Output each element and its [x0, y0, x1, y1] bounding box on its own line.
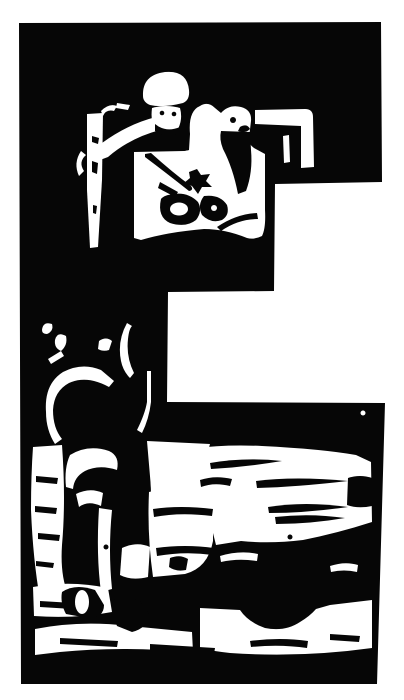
between-legs-gap	[98, 508, 112, 592]
water-dot	[288, 535, 293, 540]
water-fleck-1	[361, 411, 366, 416]
window-slot	[283, 135, 290, 163]
eye-right	[172, 112, 177, 117]
water-knee-patch	[120, 544, 150, 578]
post-tick-2	[92, 161, 98, 174]
woodcut-print-page: Woodcut print: man lowering a bundle fro…	[0, 0, 404, 700]
right-side-dark	[347, 476, 372, 507]
right-leg-blob	[169, 556, 188, 570]
eye-left	[160, 111, 165, 116]
bundle-mark-dot	[230, 117, 236, 123]
bundle-ring-hole	[170, 203, 188, 216]
water-left-band	[31, 445, 68, 599]
torso-shadow	[183, 107, 189, 151]
woodcut-illustration: Woodcut print: man lowering a bundle fro…	[0, 0, 404, 700]
ankle-gap	[75, 590, 89, 614]
water-white-details	[75, 590, 89, 614]
leg-dot	[104, 545, 109, 550]
water-fleck-2	[314, 458, 320, 464]
bundle-blob-dot	[211, 205, 217, 211]
